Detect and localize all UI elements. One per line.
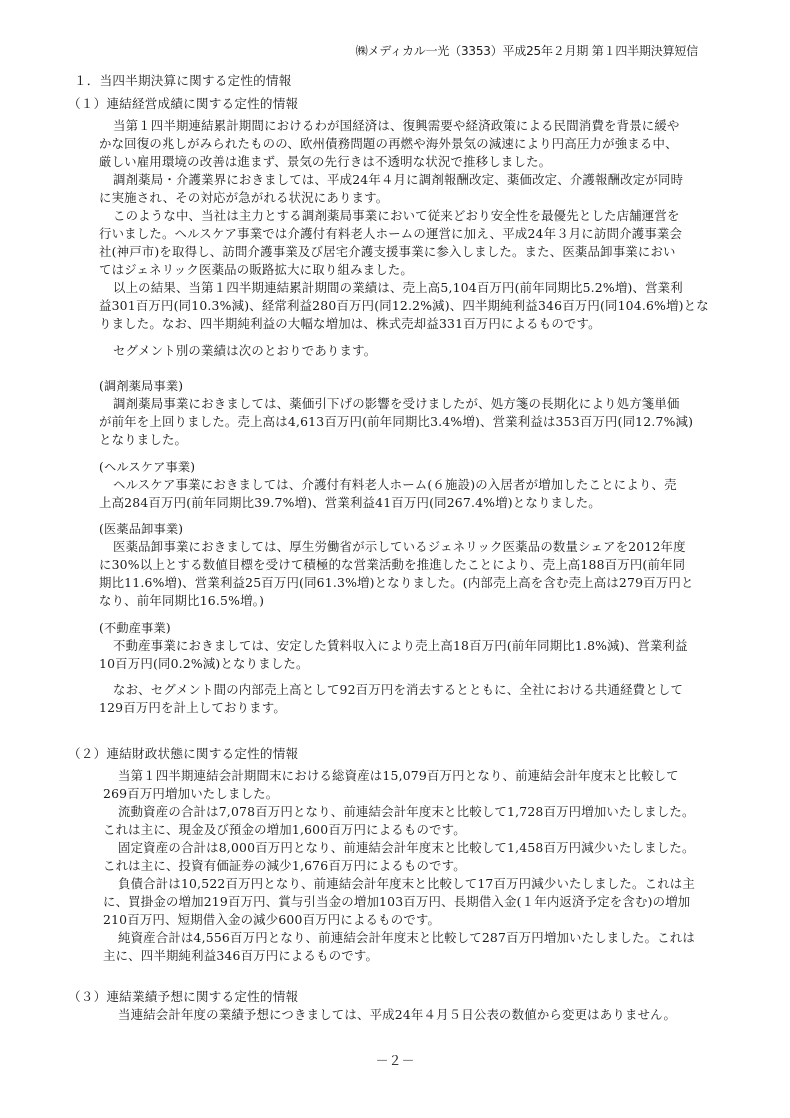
paragraph-line: このような中、当社は主力とする調剤薬局事業において従来どおり安全性を最優先とした… <box>113 207 680 225</box>
subsection-heading-forecast: （３）連結業績予想に関する定性的情報 <box>68 988 298 1006</box>
page-number: －２－ <box>0 1050 790 1069</box>
segment-line: が前年を上回りました。売上高は4,613百万円(前年同期比3.4%増)、営業利益… <box>99 413 693 431</box>
paragraph-line: 210百万円、短期借入金の減少600百万円によるものです。 <box>103 911 440 929</box>
segment-title-real-estate: (不動産事業) <box>99 619 171 637</box>
document-header: ㈱メディカル一光（3353）平成25年２月期 第１四半期決算短信 <box>356 42 698 59</box>
paragraph-line: 行いました。ヘルスケア事業では介護付有料老人ホームの運営に加え、平成24年３月に… <box>99 225 682 243</box>
segment-title-healthcare: (ヘルスケア事業) <box>99 458 195 476</box>
paragraph-line: 流動資産の合計は7,078百万円となり、前連結会計年度末と比較して1,728百万… <box>118 803 695 821</box>
segment-title-pharmacy: (調剤薬局事業) <box>99 377 183 395</box>
segment-line: 10百万円(同0.2%減)となりました。 <box>99 655 309 673</box>
paragraph-line: 129百万円を計上しております。 <box>99 699 286 717</box>
subsection-heading-financial-position: （２）連結財政状態に関する定性的情報 <box>68 745 298 763</box>
paragraph-line: 固定資産の合計は8,000百万円となり、前連結会計年度末と比較して1,458百万… <box>118 839 695 857</box>
segment-line: 医薬品卸事業におきましては、厚生労働省が示しているジェネリック医薬品の数量シェア… <box>113 538 686 556</box>
segment-title-wholesale: (医薬品卸事業) <box>99 520 183 538</box>
segment-line: 調剤薬局事業におきましては、薬価引下げの影響を受けましたが、処方箋の長期化により… <box>113 395 680 413</box>
paragraph-line: 社(神戸市)を取得し、訪問介護事業及び居宅介護支援事業に参入しました。また、医薬… <box>99 243 676 261</box>
paragraph-line: これは主に、投資有価証券の減少1,676百万円によるものです。 <box>103 857 466 875</box>
paragraph-line: 負債合計は10,522百万円となり、前連結会計年度末と比較して17百万円減少いた… <box>118 875 695 893</box>
paragraph-line: 厳しい雇用環境の改善は進まず、景気の先行きは不透明な状況で推移しました。 <box>99 153 551 171</box>
paragraph-line: 益301百万円(同10.3%減)、経常利益280百万円(同12.2%減)、四半期… <box>99 297 709 315</box>
subsection-heading-operating-results: （１）連結経営成績に関する定性的情報 <box>68 95 298 113</box>
paragraph-line: かな回復の兆しがみられたものの、欧州債務問題の再燃や海外景気の減速により円高圧力… <box>99 135 678 153</box>
paragraph-line: セグメント別の業績は次のとおりであります。 <box>113 342 376 360</box>
paragraph-line: てはジェネリック医薬品の販路拡大に取り組みました。 <box>99 261 413 279</box>
section-heading: １．当四半期決算に関する定性的情報 <box>74 72 292 90</box>
paragraph-line: 主に、四半期純利益346百万円によるものです。 <box>103 947 378 965</box>
segment-line: なり、前年同期比16.5%増。) <box>99 592 264 610</box>
segment-line: 上高284百万円(前年同期比39.7%増)、営業利益41百万円(同267.4%増… <box>99 494 601 512</box>
paragraph-line: りました。なお、四半期純利益の大幅な増加は、株式売却益331百万円によるものです… <box>99 315 601 333</box>
segment-line: ヘルスケア事業におきましては、介護付有料老人ホーム(６施設)の入居者が増加したこ… <box>113 476 677 494</box>
paragraph-line: に実施され、その対応が急がれる状況にあります。 <box>99 189 388 207</box>
paragraph-line: 当第１四半期連結会計期間末における総資産は15,079百万円となり、前連結会計年… <box>118 767 679 785</box>
paragraph-line: 調剤薬局・介護業界におきましては、平成24年４月に調剤報酬改定、薬価改定、介護報… <box>113 171 683 189</box>
paragraph-line: に、買掛金の増加219百万円、賞与引当金の増加103百万円、長期借入金(１年内返… <box>103 893 690 911</box>
paragraph-line: 純資産合計は4,556百万円となり、前連結会計年度末と比較して287百万円増加い… <box>118 929 695 947</box>
paragraph-line: 当第１四半期連結累計期間におけるわが国経済は、復興需要や経済政策による民間消費を… <box>113 117 680 135</box>
paragraph-line: これは主に、現金及び預金の増加1,600百万円によるものです。 <box>103 821 466 839</box>
segment-line: となりました。 <box>99 431 187 449</box>
paragraph-line: なお、セグメント間の内部売上高として92百万円を消去するとともに、全社における共… <box>113 681 683 699</box>
paragraph-line: 当連結会計年度の業績予想につきましては、平成24年４月５日公表の数値から変更はあ… <box>118 1006 676 1024</box>
segment-line: に30%以上とする数値目標を受けて積極的な営業活動を推進したことにより、売上高1… <box>99 556 685 574</box>
paragraph-line: 以上の結果、当第１四半期連結累計期間の業績は、売上高5,104百万円(前年同期比… <box>113 279 683 297</box>
segment-line: 期比11.6%増)、営業利益25百万円(同61.3%増)となりました。(内部売上… <box>99 574 694 592</box>
paragraph-line: 269百万円増加いたしました。 <box>103 785 278 803</box>
segment-line: 不動産事業におきましては、安定した賃料収入により売上高18百万円(前年同期比1.… <box>113 637 688 655</box>
